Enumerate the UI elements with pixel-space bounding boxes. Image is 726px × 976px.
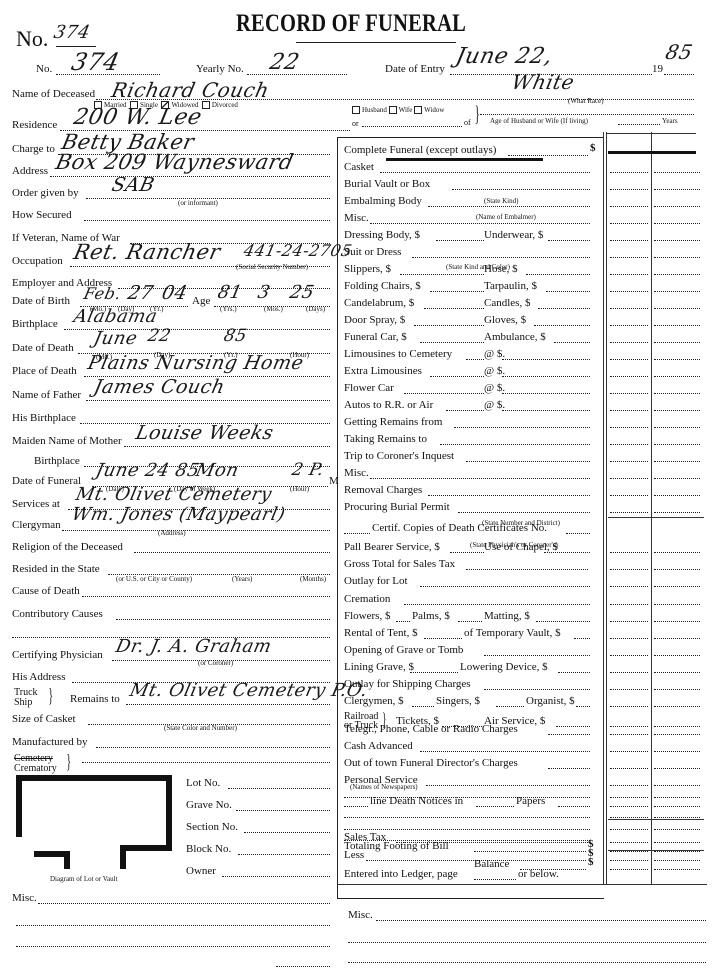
date-of-entry-label: Date of Entry — [385, 64, 445, 75]
amount-field[interactable] — [610, 734, 648, 735]
charge-label-papers: Papers — [516, 796, 545, 807]
newspapers-hint: (Names of Newspapers) — [350, 784, 418, 791]
manufactured-label: Manufactured by — [12, 737, 87, 748]
currency-icon: $ — [588, 857, 594, 868]
dob-year: 04 — [160, 284, 189, 303]
charge-label-door-spray: Door Spray, $ — [344, 315, 405, 326]
amount-field[interactable] — [610, 376, 648, 377]
contributory-label: Contributory Causes — [12, 609, 103, 620]
dod-day: 22 — [146, 328, 172, 345]
charge-fill-line[interactable] — [412, 257, 590, 258]
amount-field[interactable] — [610, 461, 648, 462]
charge-fill-line[interactable] — [420, 586, 590, 587]
amount-field[interactable] — [654, 842, 700, 843]
charge-fill-line[interactable] — [344, 817, 590, 818]
charge-fill-line[interactable] — [548, 240, 590, 241]
charge-label-gloves: Gloves, $ — [484, 315, 526, 326]
charge-hint-state-kind: (State Kind) — [484, 198, 518, 205]
charge-label-death-notices: line Death Notices in — [370, 796, 463, 807]
charge-fill-line[interactable] — [428, 206, 590, 207]
amount-field[interactable] — [654, 768, 700, 769]
clergyman-hint: (Address) — [158, 530, 186, 537]
age-days: 25 — [288, 284, 316, 302]
amount-field[interactable] — [654, 672, 700, 673]
charge-fill-line[interactable] — [576, 706, 590, 707]
record-number-label: No. — [16, 26, 48, 52]
charge-label-tickets: Tickets, $ — [396, 716, 439, 727]
amount-field[interactable] — [654, 817, 700, 818]
order-given-hint: (or informant) — [178, 200, 218, 207]
amount-field[interactable] — [610, 768, 648, 769]
charge-fill-line[interactable] — [474, 879, 516, 880]
charge-fill-line[interactable] — [502, 393, 590, 394]
dod-year: 85 — [222, 328, 248, 345]
amount-field[interactable] — [610, 393, 648, 394]
charge-fill-line[interactable] — [574, 638, 590, 639]
charge-fill-line[interactable] — [370, 478, 590, 479]
charge-label-ledger: Entered into Ledger, page — [344, 869, 458, 880]
amount-field[interactable] — [610, 240, 648, 241]
amount-field[interactable] — [654, 291, 700, 292]
amount-field[interactable] — [610, 604, 648, 605]
charge-label-pall: Pall Bearer Service, $ — [344, 542, 440, 553]
amount-field[interactable] — [654, 860, 700, 861]
charge-label-flowers: Flowers, $ — [344, 611, 390, 622]
charge-fill-line[interactable] — [450, 552, 484, 553]
charge-label-taking: Taking Remains to — [344, 434, 427, 445]
charge-fill-line[interactable] — [452, 189, 590, 190]
charge-label-tent: Rental of Tent, $ — [344, 628, 418, 639]
charge-fill-line[interactable] — [344, 806, 368, 807]
occupation-value: Ret. Rancher — [72, 242, 223, 263]
charge-fill-line[interactable] — [546, 291, 590, 292]
resided-hint-years: (Years) — [232, 576, 252, 583]
charge-fill-line[interactable] — [380, 172, 590, 173]
charge-label-palms: Palms, $ — [412, 611, 450, 622]
casket-size-hint: (State Color and Number) — [164, 725, 237, 732]
charge-label-lining: Lining Grave, $ — [344, 662, 414, 673]
dob-label: Date of Birth — [12, 296, 70, 307]
brace-icon: } — [66, 752, 71, 772]
amount-field[interactable] — [654, 869, 700, 870]
charge-fill-line[interactable] — [558, 806, 590, 807]
charge-fill-line[interactable] — [548, 734, 590, 735]
charge-fill-line[interactable] — [446, 410, 484, 411]
yearly-no-value: 22 — [268, 52, 302, 74]
amount-field[interactable] — [610, 851, 648, 852]
charge-label-removal: Removal Charges — [344, 485, 422, 496]
page-title: RECORD OF FUNERAL — [236, 10, 466, 38]
amount-field[interactable] — [654, 325, 700, 326]
charge-label-autos: Autos to R.R. or Air — [344, 400, 433, 411]
charge-fill-line[interactable] — [400, 274, 484, 275]
charge-fill-line[interactable] — [454, 427, 590, 428]
section-no-label: Section No. — [186, 822, 238, 833]
charge-label-folding: Folding Chairs, $ — [344, 281, 421, 292]
amount-field[interactable] — [654, 427, 700, 428]
amount-field[interactable] — [654, 552, 700, 553]
amount-field[interactable] — [610, 869, 648, 870]
mother-birthplace-label: Birthplace — [34, 456, 80, 467]
charge-label-lowering: Lowering Device, $ — [460, 662, 548, 673]
amount-field[interactable] — [654, 478, 700, 479]
charge-fill-line[interactable] — [534, 325, 590, 326]
amount-field[interactable] — [654, 655, 700, 656]
amount-field[interactable] — [610, 172, 648, 173]
his-address-label: His Address — [12, 672, 65, 683]
charge-label-extra-limo: Extra Limousines — [344, 366, 422, 377]
year-value: 85 — [664, 42, 695, 62]
religion-label: Religion of the Deceased — [12, 542, 123, 553]
date-of-entry-value: June 22, — [454, 46, 555, 68]
charge-fill-line[interactable] — [344, 533, 370, 534]
amount-field[interactable] — [610, 586, 648, 587]
charge-fill-line[interactable] — [430, 291, 484, 292]
charge-label-balance: Balance — [474, 859, 509, 870]
charge-label-air: Air Service, $ — [484, 716, 545, 727]
charge-label-getting: Getting Remains from — [344, 417, 442, 428]
charge-fill-line[interactable] — [526, 274, 590, 275]
clergyman-value: Wm. Jones (Maypearl) — [70, 506, 287, 524]
charge-fill-line[interactable] — [496, 706, 524, 707]
charge-label-dressing: Dressing Body, $ — [344, 230, 420, 241]
cemetery-crematory-label: Cemetery Crematory — [14, 754, 57, 774]
amount-field[interactable] — [654, 689, 700, 690]
charge-fill-line[interactable] — [502, 410, 590, 411]
charge-fill-line[interactable] — [474, 851, 586, 852]
charge-label-or-below: or below. — [518, 869, 559, 880]
funeral-hint-hour: (Hour) — [290, 486, 309, 493]
clergyman-label: Clergyman — [12, 520, 61, 531]
charge-fill-line[interactable] — [424, 638, 462, 639]
age-months: 3 — [256, 284, 272, 302]
physician-label: Certifying Physician — [12, 650, 103, 661]
ssn-hint: (Social Security Number) — [236, 264, 308, 271]
race-value: White — [510, 72, 576, 92]
amount-field[interactable] — [610, 860, 648, 861]
amount-field[interactable] — [610, 706, 648, 707]
charge-fill-line[interactable] — [458, 621, 482, 622]
mother-label: Maiden Name of Mother — [12, 436, 122, 447]
amount-field[interactable] — [610, 325, 648, 326]
inner-no-value: 374 — [69, 50, 121, 74]
place-of-death-label: Place of Death — [12, 366, 77, 377]
yearly-no-label: Yearly No. — [196, 64, 244, 75]
charge-label-certif: Certif. Copies of Death Certificates No. — [372, 523, 547, 534]
charge-fill-line[interactable] — [440, 444, 590, 445]
amount-field[interactable] — [654, 751, 700, 752]
complete-funeral-label: Complete Funeral (except outlays) — [344, 145, 496, 156]
amount-field[interactable] — [654, 638, 700, 639]
lot-no-label: Lot No. — [186, 778, 220, 789]
year-prefix: 19 — [652, 64, 663, 75]
truck-ship-label: Truck Ship — [14, 688, 38, 708]
amount-field[interactable] — [654, 829, 700, 830]
charge-to-label: Charge to — [12, 144, 55, 155]
misc-left-label: Misc. — [12, 893, 37, 904]
physician-hint: (or Coroner) — [198, 660, 233, 667]
charge-label-organist: Organist, $ — [526, 696, 575, 707]
charge-label-limousines: Limousines to Cemetery — [344, 349, 452, 360]
amount-field[interactable] — [654, 410, 700, 411]
spouse-of: of — [464, 119, 471, 127]
occupation-label: Occupation — [12, 256, 63, 267]
charge-fill-line[interactable] — [420, 751, 590, 752]
charge-label-out-of-town: Out of town Funeral Director's Charges — [344, 758, 518, 769]
inner-no-label: No. — [36, 64, 52, 75]
charge-fill-line[interactable] — [476, 806, 514, 807]
checkbox-wife[interactable]: Wife — [389, 106, 413, 114]
spouse-age-label: Age of Husband or Wife (If living) — [490, 118, 588, 125]
amount-field[interactable] — [610, 829, 648, 830]
charge-fill-line[interactable] — [430, 376, 484, 377]
residence-label: Residence — [12, 120, 57, 131]
charge-label-suit: Suit or Dress — [344, 247, 401, 258]
amount-field[interactable] — [654, 461, 700, 462]
charge-fill-line[interactable] — [412, 706, 434, 707]
charge-fill-line[interactable] — [502, 376, 590, 377]
record-number-value: 374 — [52, 24, 92, 42]
amount-field[interactable] — [654, 621, 700, 622]
amount-field[interactable] — [610, 359, 648, 360]
railroad-truck-label: Railroador Truck — [344, 712, 378, 730]
charge-fill-line[interactable] — [566, 533, 590, 534]
amount-field[interactable] — [654, 376, 700, 377]
order-given-label: Order given by — [12, 188, 79, 199]
amount-field[interactable] — [610, 842, 648, 843]
charge-label-singers: Singers, $ — [436, 696, 480, 707]
spouse-or: or — [352, 120, 359, 128]
spouse-age-unit: Years — [662, 118, 678, 125]
amount-field[interactable] — [654, 726, 700, 727]
amount-field[interactable] — [654, 586, 700, 587]
charge-fill-line[interactable] — [344, 829, 590, 830]
owner-label: Owner — [186, 866, 216, 877]
charge-label-casket: Casket — [344, 162, 374, 173]
charge-label-misc2: Misc. — [344, 468, 369, 479]
amount-field[interactable] — [610, 569, 648, 570]
cause-label: Cause of Death — [12, 586, 80, 597]
amount-field[interactable] — [610, 638, 648, 639]
charge-label-underwear: Underwear, $ — [484, 230, 543, 241]
amount-field[interactable] — [610, 223, 648, 224]
charge-fill-line[interactable] — [410, 672, 458, 673]
charge-fill-line[interactable] — [442, 726, 482, 727]
address-value: Box 209 Waynesward — [54, 152, 296, 173]
amount-field[interactable] — [610, 621, 648, 622]
charge-fill-line[interactable] — [466, 359, 484, 360]
charge-fill-line[interactable] — [548, 768, 590, 769]
title-underline — [296, 42, 456, 43]
charge-label-cash: Cash Advanced — [344, 741, 413, 752]
amount-field[interactable] — [654, 308, 700, 309]
charge-fill-line[interactable] — [404, 393, 484, 394]
amount-field[interactable] — [610, 751, 648, 752]
address-label: Address — [12, 166, 48, 177]
charge-label-clergymen: Clergymen, $ — [344, 696, 404, 707]
amount-field[interactable] — [654, 444, 700, 445]
amount-field[interactable] — [654, 569, 700, 570]
checkbox-husband[interactable]: Husband — [352, 106, 387, 114]
amount-field[interactable] — [610, 817, 648, 818]
charge-label-misc: Misc. — [344, 213, 369, 224]
amount-field[interactable] — [610, 785, 648, 786]
father-label: Name of Father — [12, 390, 81, 401]
his-birthplace-label: His Birthplace — [12, 413, 76, 424]
physician-value: Dr. J. A. Graham — [114, 638, 273, 656]
charge-label-shipping: Outlay for Shipping Charges — [344, 679, 471, 690]
charge-fill-line[interactable] — [396, 621, 410, 622]
charge-fill-line[interactable] — [428, 495, 590, 496]
amount-field[interactable] — [654, 797, 700, 798]
name-of-deceased-label: Name of Deceased — [12, 89, 95, 100]
charge-fill-line[interactable] — [484, 655, 590, 656]
amount-field[interactable] — [654, 206, 700, 207]
amount-field[interactable] — [610, 726, 648, 727]
amount-field[interactable] — [654, 785, 700, 786]
amount-field[interactable] — [654, 189, 700, 190]
charge-fill-line[interactable] — [436, 240, 484, 241]
charge-label-opening: Opening of Grave or Tomb — [344, 645, 463, 656]
charge-fill-line[interactable] — [466, 569, 588, 570]
amount-field[interactable] — [610, 495, 648, 496]
amount-field[interactable] — [610, 444, 648, 445]
amount-field[interactable] — [654, 604, 700, 605]
charge-fill-line[interactable] — [426, 785, 590, 786]
father-value: James Couch — [92, 378, 227, 397]
charge-label-less: Less — [344, 850, 364, 861]
amount-field[interactable] — [654, 512, 700, 513]
charge-fill-line[interactable] — [466, 461, 590, 462]
diagram-caption: Diagram of Lot or Vault — [50, 876, 118, 883]
amount-field[interactable] — [654, 359, 700, 360]
amount-field[interactable] — [610, 512, 648, 513]
checkbox-widow[interactable]: Widow — [414, 106, 444, 114]
remains-label: Remains to — [70, 694, 120, 705]
how-secured-label: How Secured — [12, 210, 72, 221]
age-hint-days: (Days) — [306, 306, 325, 313]
amount-field[interactable] — [610, 206, 648, 207]
amount-field[interactable] — [610, 689, 648, 690]
place-of-death-value: Plains Nursing Home — [86, 354, 305, 373]
amount-field[interactable] — [654, 274, 700, 275]
charge-label-vault: Burial Vault or Box — [344, 179, 430, 190]
charge-label-flower-car: Flower Car — [344, 383, 394, 394]
complete-funeral-currency: $ — [590, 143, 596, 154]
checkbox-icon — [389, 106, 397, 114]
amount-field[interactable] — [654, 851, 700, 852]
order-given-value: SAB — [110, 176, 156, 195]
charge-fill-line[interactable] — [554, 342, 590, 343]
amount-field[interactable] — [610, 797, 648, 798]
charge-fill-line[interactable] — [558, 672, 590, 673]
amount-field[interactable] — [654, 495, 700, 496]
charge-hint-embalmer: (Name of Embalmer) — [476, 214, 536, 221]
charge-label-ambulance: Ambulance, $ — [484, 332, 546, 343]
amount-field[interactable] — [610, 257, 648, 258]
amount-field[interactable] — [610, 478, 648, 479]
charge-fill-line[interactable] — [536, 621, 590, 622]
dod-label: Date of Death — [12, 343, 74, 354]
amount-field[interactable] — [654, 223, 700, 224]
dod-month: June — [92, 330, 139, 348]
charge-fill-line[interactable] — [458, 512, 590, 513]
brace-icon: } — [382, 710, 386, 728]
charge-fill-line[interactable] — [538, 308, 590, 309]
amount-field[interactable] — [654, 706, 700, 707]
amount-field[interactable] — [610, 308, 648, 309]
charge-fill-line[interactable] — [556, 726, 590, 727]
block-no-label: Block No. — [186, 844, 231, 855]
checkbox-icon — [352, 106, 360, 114]
race-hint: (What Race) — [568, 98, 604, 105]
charge-fill-line[interactable] — [502, 359, 590, 360]
age-hint-yrs: (Yrs.) — [220, 306, 237, 313]
birthplace-label: Birthplace — [12, 319, 58, 330]
amount-field[interactable] — [654, 172, 700, 173]
charge-label-candelabrum: Candelabrum, $ — [344, 298, 414, 309]
amount-field[interactable] — [654, 240, 700, 241]
dob-month: Feb. — [82, 286, 122, 302]
charge-label-funeral-car: Funeral Car, $ — [344, 332, 407, 343]
birthplace-value: Alabama — [72, 308, 159, 326]
charge-fill-line[interactable] — [420, 342, 484, 343]
charge-label-coroner: Trip to Coroner's Inquest — [344, 451, 454, 462]
charge-fill-line[interactable] — [404, 604, 590, 605]
amount-field[interactable] — [610, 189, 648, 190]
services-value: Mt. Olivet Cemetery — [74, 486, 273, 504]
amount-field[interactable] — [610, 552, 648, 553]
amount-field[interactable] — [610, 410, 648, 411]
amount-field[interactable] — [610, 672, 648, 673]
amount-field[interactable] — [654, 342, 700, 343]
amount-field[interactable] — [610, 274, 648, 275]
amount-field[interactable] — [654, 257, 700, 258]
amount-field[interactable] — [610, 655, 648, 656]
charge-fill-line[interactable] — [414, 325, 484, 326]
amount-field[interactable] — [610, 291, 648, 292]
misc-right-label: Misc. — [348, 910, 373, 921]
age-hint-mos: (Mos.) — [264, 306, 283, 313]
charge-fill-line[interactable] — [370, 223, 590, 224]
charge-fill-line[interactable] — [544, 552, 590, 553]
brace-icon: } — [48, 686, 53, 706]
mother-value: Louise Weeks — [134, 424, 275, 443]
amount-field[interactable] — [610, 806, 648, 807]
amount-field[interactable] — [654, 393, 700, 394]
checkbox-icon — [414, 106, 422, 114]
charge-fill-line[interactable] — [424, 308, 484, 309]
amount-field[interactable] — [654, 734, 700, 735]
charge-label-candles: Candles, $ — [484, 298, 530, 309]
amount-field[interactable] — [610, 427, 648, 428]
lot-vault-diagram — [16, 775, 176, 875]
checkbox-divorced[interactable]: Divorced — [202, 101, 238, 109]
resided-label: Resided in the State — [12, 564, 100, 575]
charge-label-gross: Gross Total for Sales Tax — [344, 559, 455, 570]
age-years: 81 — [216, 284, 244, 302]
amount-field[interactable] — [654, 806, 700, 807]
grave-no-label: Grave No. — [186, 800, 232, 811]
casket-size-label: Size of Casket — [12, 714, 76, 725]
remains-value: Mt. Olivet Cemetery P.O. — [128, 682, 369, 700]
spouse-options-group: Husband Wife Widow — [352, 106, 444, 114]
charge-label-cremation: Cremation — [344, 594, 390, 605]
charge-fill-line[interactable] — [484, 689, 590, 690]
charge-label-permit: Procuring Burial Permit — [344, 502, 450, 513]
dob-day: 27 — [126, 284, 155, 303]
amount-field[interactable] — [610, 342, 648, 343]
